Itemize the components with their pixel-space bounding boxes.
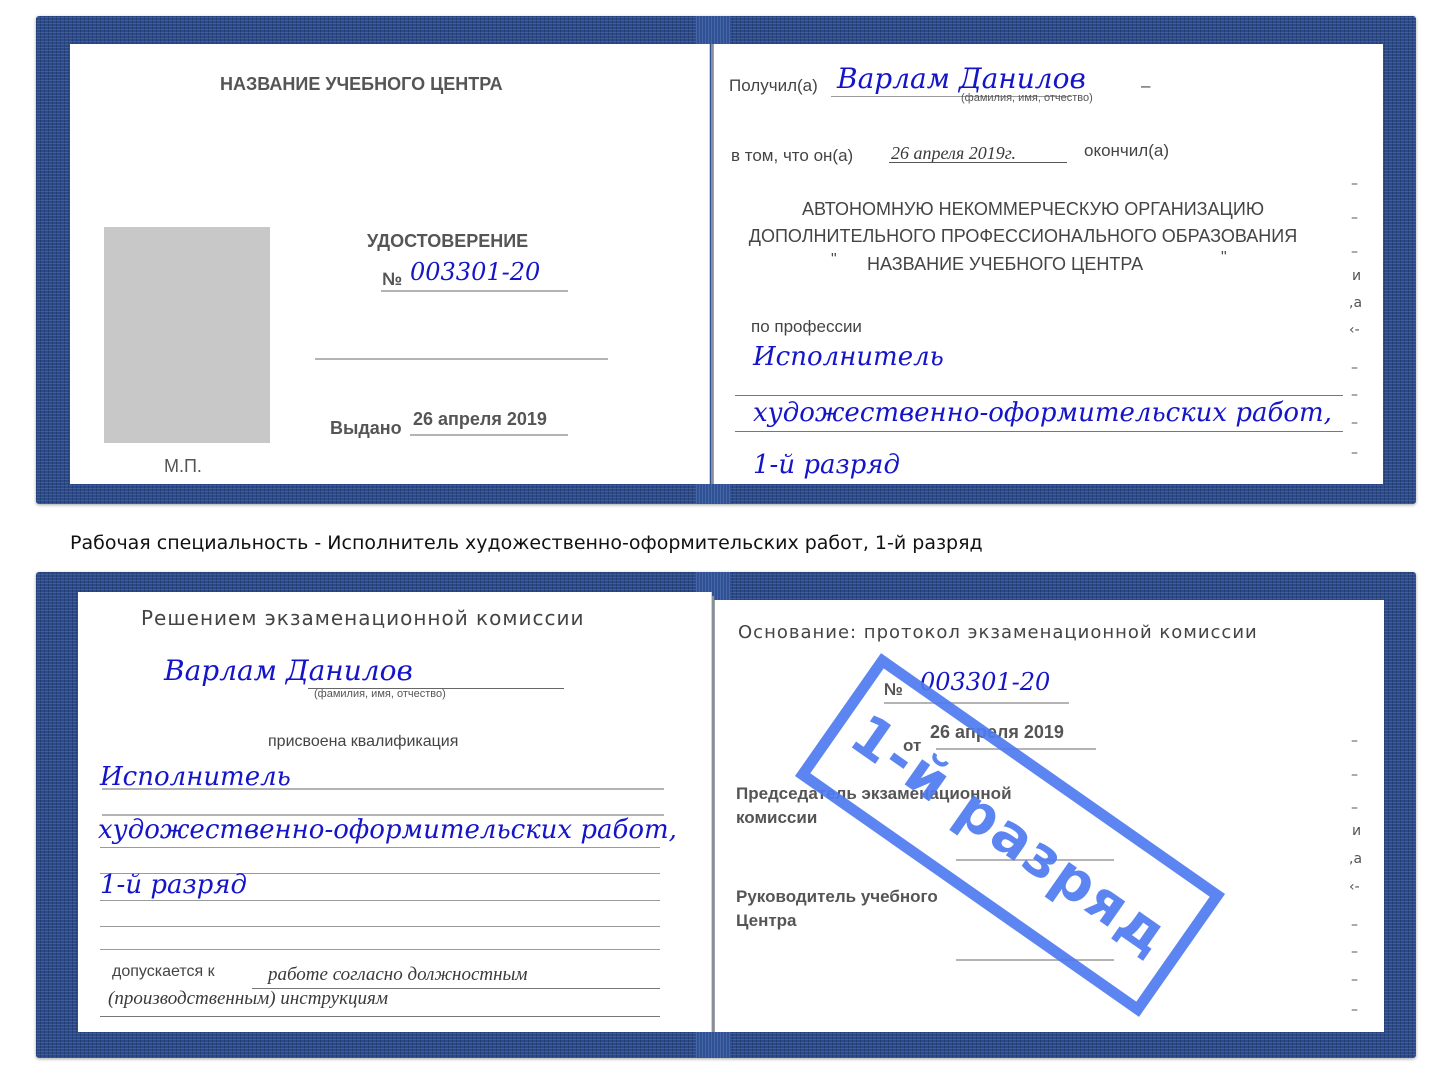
basis-label: Основание: протокол экзаменационной коми… <box>738 622 1258 643</box>
admitted-line-1: работе согласно должностным <box>268 964 528 986</box>
edge-mark: ‹- <box>1349 879 1360 895</box>
qualification-label: присвоена квалификация <box>268 733 458 751</box>
issued-date: 26 апреля 2019 <box>413 409 547 430</box>
finish-date: 26 апреля 2019г. <box>891 143 1016 164</box>
head-label-line-1: Руководитель учебного <box>736 887 938 907</box>
admitted-line-2: (производственным) инструкциям <box>108 988 388 1010</box>
edge-mark: – <box>1351 176 1358 192</box>
profession-line-1: Исполнитель <box>753 342 944 372</box>
profession-underline-2 <box>735 431 1343 432</box>
edge-mark: – <box>1351 767 1358 783</box>
edge-mark: – <box>1351 387 1358 403</box>
edge-mark: ,а <box>1349 851 1362 867</box>
qualification-underline-1 <box>102 788 664 790</box>
edge-mark: – <box>1351 1002 1358 1018</box>
issued-underline <box>410 434 568 436</box>
profession-line-2: художественно-оформительских работ, <box>753 398 1332 428</box>
qualification-line-2: художественно-оформительских работ, <box>98 815 677 845</box>
edge-mark: – <box>1351 944 1358 960</box>
edge-mark: – <box>1351 972 1358 988</box>
org-line-1: АВТОНОМНУЮ НЕКОММЕРЧЕСКУЮ ОРГАНИЗАЦИЮ <box>713 199 1353 220</box>
profession-label: по профессии <box>751 317 862 337</box>
edge-mark: и <box>1352 268 1361 284</box>
head-label-line-2: Центра <box>736 911 797 931</box>
number-prefix: № <box>382 269 402 290</box>
top-right-page: Получил(а) Варлам Данилов (фамилия, имя,… <box>713 44 1383 484</box>
qualification-line-3: 1-й разряд <box>100 870 247 900</box>
name-dash: – <box>1141 76 1150 96</box>
org-line-3: НАЗВАНИЕ УЧЕБНОГО ЦЕНТРА <box>867 254 1143 275</box>
training-center-name: НАЗВАНИЕ УЧЕБНОГО ЦЕНТРА <box>220 74 503 95</box>
issued-label: Выдано <box>330 418 402 439</box>
seal-label: М.П. <box>164 456 202 477</box>
edge-mark: и <box>1352 823 1361 839</box>
commission-heading: Решением экзаменационной комиссии <box>141 606 584 630</box>
edge-mark: – <box>1351 445 1358 461</box>
qualification-underline-5 <box>100 900 660 901</box>
edge-mark: ,а <box>1349 295 1362 311</box>
edge-mark: – <box>1351 917 1358 933</box>
photo-placeholder <box>104 227 270 443</box>
edge-mark: – <box>1351 360 1358 376</box>
profession-line-3: 1-й разряд <box>753 450 900 480</box>
edge-mark: – <box>1351 800 1358 816</box>
blank-line <box>315 358 608 360</box>
finished-label: окончил(а) <box>1084 141 1169 161</box>
name-hint: (фамилия, имя, отчество) <box>961 92 1093 104</box>
qualification-underline-6 <box>100 926 660 927</box>
edge-mark: – <box>1351 733 1358 749</box>
org-quote-close: " <box>1221 249 1227 267</box>
bottom-left-page: Решением экзаменационной комиссии Варлам… <box>78 592 712 1032</box>
name-hint: (фамилия, имя, отчество) <box>314 688 446 700</box>
document-title: УДОСТОВЕРЕНИЕ <box>367 231 528 252</box>
that-label: в том, что он(а) <box>731 146 853 166</box>
recipient-name: Варлам Данилов <box>837 62 1086 95</box>
admitted-underline-2 <box>100 1016 660 1017</box>
top-left-page: НАЗВАНИЕ УЧЕБНОГО ЦЕНТРА УДОСТОВЕРЕНИЕ №… <box>70 44 710 484</box>
received-label: Получил(а) <box>729 76 818 96</box>
admitted-label: допускается к <box>112 963 215 981</box>
number-underline <box>381 290 568 292</box>
edge-mark: – <box>1351 210 1358 226</box>
edge-mark: – <box>1351 244 1358 260</box>
chairman-label-line-2: комиссии <box>736 808 817 828</box>
org-line-2: ДОПОЛНИТЕЛЬНОГО ПРОФЕССИОНАЛЬНОГО ОБРАЗО… <box>713 226 1333 247</box>
edge-mark: ‹- <box>1349 322 1360 338</box>
protocol-number: 003301-20 <box>920 668 1050 696</box>
edge-mark: – <box>1351 415 1358 431</box>
certificate-number: 003301-20 <box>410 258 540 286</box>
qualification-underline-7 <box>100 949 660 950</box>
profession-underline-1 <box>735 395 1343 396</box>
specialty-caption: Рабочая специальность - Исполнитель худо… <box>70 532 983 554</box>
qualification-underline-3 <box>100 847 660 848</box>
recipient-name: Варлам Данилов <box>164 654 413 687</box>
org-quote-open: " <box>831 251 837 269</box>
finish-date-underline <box>889 162 1067 163</box>
